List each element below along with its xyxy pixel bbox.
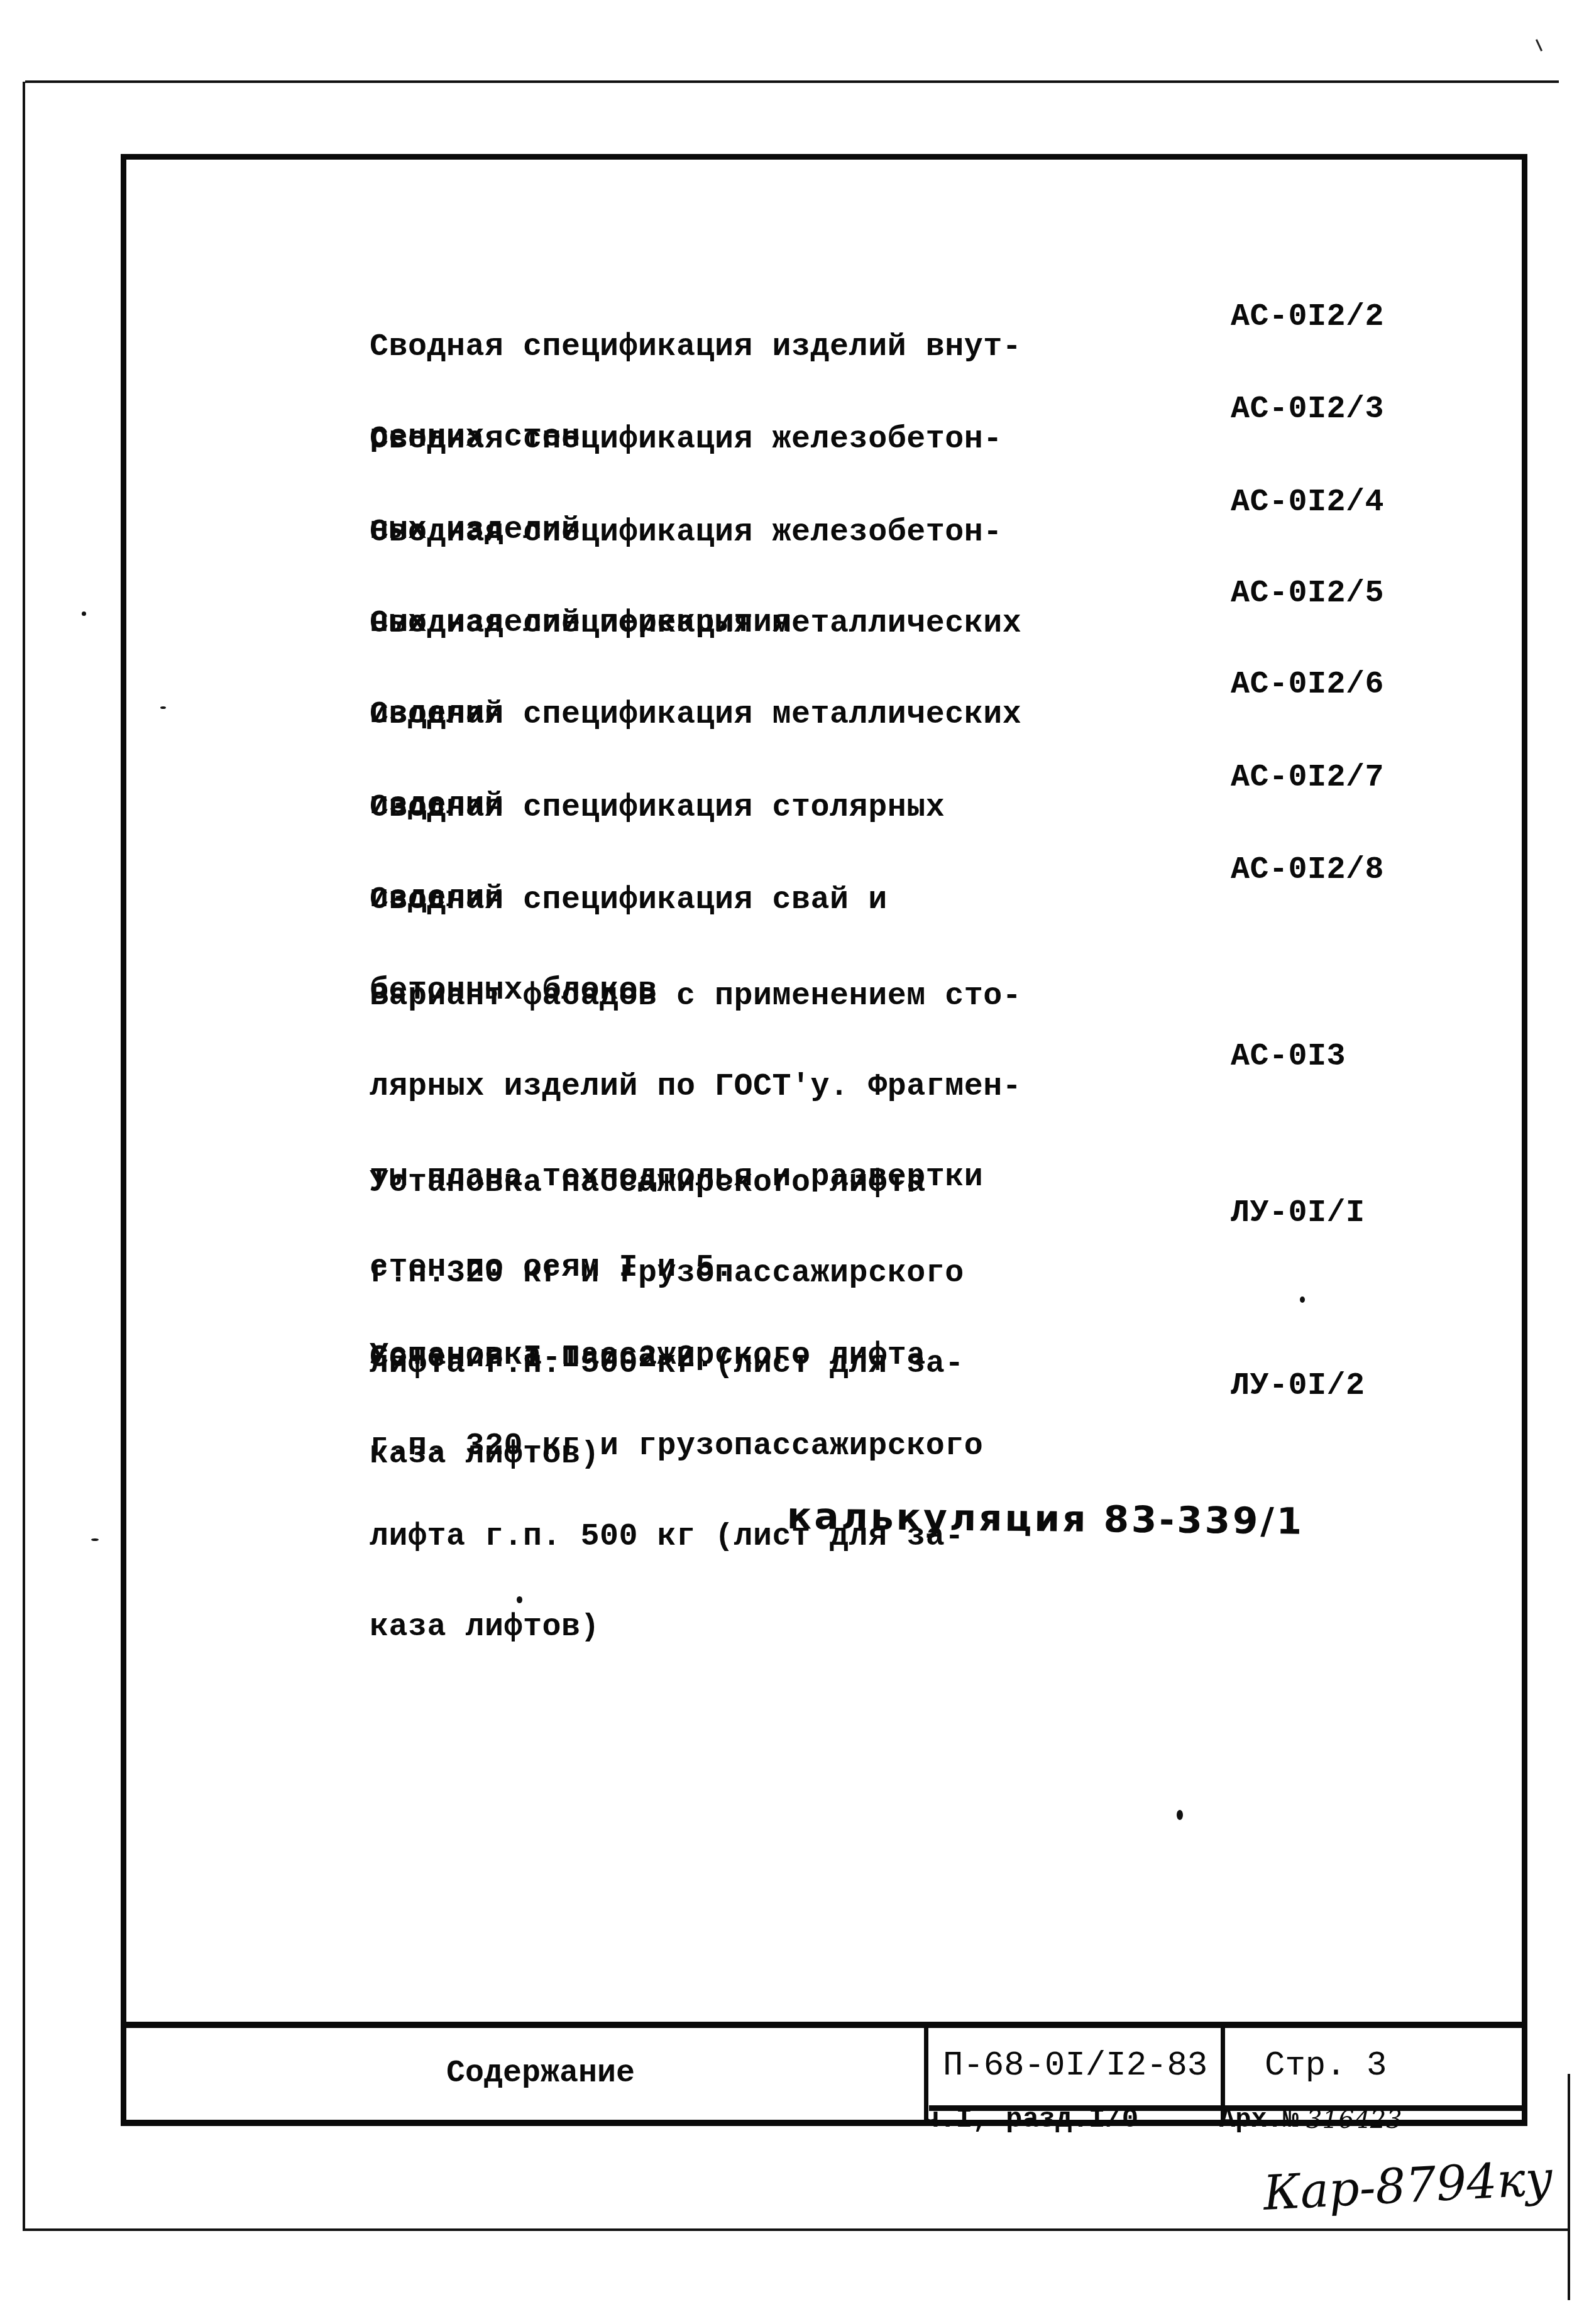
document-designation: П-68-0I/I2-83 — [943, 2047, 1207, 2085]
entry-line: лярных изделий по ГОСТ'у. Фрагмен- — [370, 1072, 1021, 1102]
entry-line: Установка пассажирского лифта — [370, 1168, 964, 1198]
entry-line: каза лифтов) — [370, 1613, 983, 1643]
outer-frame-right-line — [1568, 2074, 1570, 2300]
sheet-code: АС-0I2/6 — [1231, 670, 1384, 700]
archive-number: 316423 — [1306, 2107, 1402, 2133]
sheet-code: АС-0I2/7 — [1231, 763, 1384, 793]
entry-line: Сводная спецификация металлических — [370, 700, 1021, 730]
scan-speck — [1300, 1296, 1305, 1303]
corner-tick-mark — [1536, 39, 1542, 51]
section-label: ч.I, разд.I/0 — [923, 2107, 1138, 2133]
sheet-code: АС-0I2/5 — [1231, 579, 1384, 609]
calculation-stamp: калькуляция 83-339/1 — [787, 1494, 1305, 1543]
entry-line: Сводная спецификация железобетон- — [370, 518, 1003, 548]
archive-label: Арх.№ — [1219, 2107, 1299, 2133]
entry-line: Сводная спецификация железобетон- — [370, 425, 1003, 455]
title-block-top-line — [126, 2022, 1527, 2028]
entry-line: Сводная спецификация свай и — [370, 885, 888, 916]
scan-speck — [82, 611, 86, 616]
entry-line: Вариант фасадов с применением сто- — [370, 982, 1021, 1012]
entry-line: Сводная спецификация столярных — [370, 793, 945, 823]
archive-field: Арх.№ 316423 — [1219, 2107, 1402, 2133]
entry-line: Сводная спецификация металлических — [370, 609, 1021, 639]
handwritten-inventory-note: Кар-8794ку — [1262, 2150, 1554, 2222]
scan-speck — [517, 1596, 522, 1603]
entry-line: Сводная спецификация изделий внут- — [370, 332, 1021, 363]
contents-entry-text: Установка пассажирского лифта г.п. 320 к… — [370, 1281, 983, 1703]
sheet-code: АС-0I2/2 — [1231, 302, 1384, 332]
scan-speck — [91, 1538, 99, 1541]
entry-line: Установка пассажирского лифта — [370, 1341, 983, 1371]
sheet-code: АС-0I2/3 — [1231, 395, 1384, 425]
sheet-code: АС-0I2/4 — [1231, 488, 1384, 518]
scan-speck — [1177, 1810, 1183, 1820]
scan-speck — [160, 706, 166, 709]
outer-frame-left-line — [23, 82, 25, 2231]
sheet-code: АС-0I3 — [1231, 1042, 1346, 1072]
page-number: Стр. 3 — [1265, 2047, 1387, 2085]
outer-frame-top-line — [25, 80, 1559, 83]
sheet-code: ЛУ-0I/2 — [1231, 1371, 1365, 1401]
sheet-title: Содержание — [446, 2055, 635, 2093]
entry-line: г.п. 320 кг и грузопассажирского — [370, 1432, 983, 1462]
sheet-code: ЛУ-0I/I — [1231, 1198, 1365, 1229]
sheet-code: АС-0I2/8 — [1231, 855, 1384, 885]
outer-frame-bottom-line — [25, 2228, 1569, 2231]
